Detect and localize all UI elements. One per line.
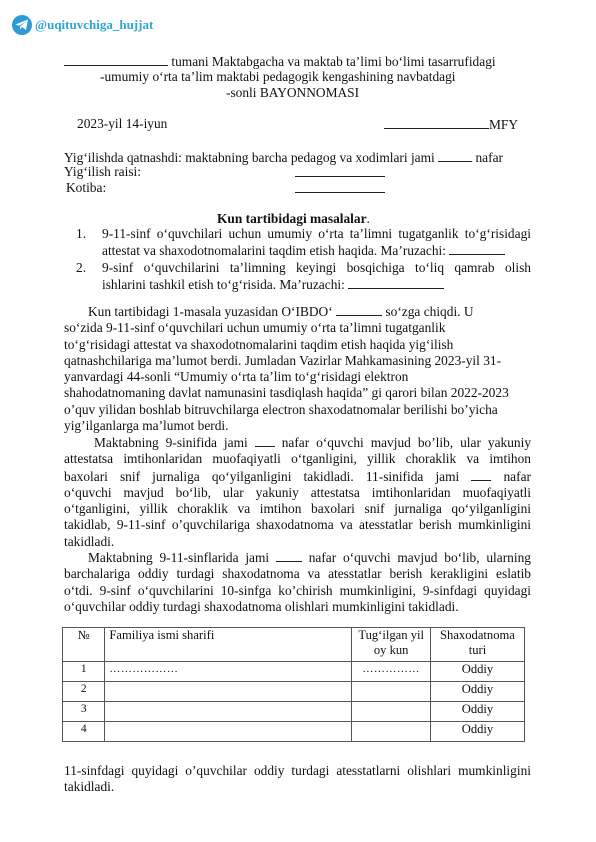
telegram-watermark: @uqituvchiga_hujjat [12, 15, 153, 35]
chair-label: Yig‘ilish raisi: [64, 164, 141, 180]
total-count-blank [276, 549, 302, 562]
secretary-blank [295, 180, 385, 197]
channel-handle: @uqituvchiga_hujjat [35, 17, 153, 33]
paragraph-3: Maktabning 9-11-sinflarida jami nafar o‘… [64, 549, 531, 615]
location-blank [384, 116, 489, 129]
speaker-2-blank [348, 276, 444, 289]
location-line: MFY [384, 116, 518, 133]
col-certificate-type: Shaxodatnoma turi [430, 628, 524, 662]
paragraph-2: Maktabning 9-sinifida jami nafar o‘quvch… [64, 434, 531, 550]
participants-count-blank [438, 149, 472, 162]
agenda-item-1: 1. 9-11-sinf o‘quvchilari uchun umumiy o… [64, 226, 531, 260]
title-line-3: -sonli BAYONNOMASI [226, 85, 359, 101]
agenda-list: 1. 9-11-sinf o‘quvchilari uchun umumiy o… [64, 226, 531, 293]
speaker-name-blank [336, 303, 382, 316]
table-row: 3 Oddiy [63, 702, 525, 722]
speaker-1-blank [449, 242, 505, 255]
students-table: № Familiya ismi sharifi Tug‘ilgan yil oy… [62, 627, 525, 742]
closing-paragraph: 11-sinfdagi quyidagi o’quvchilar oddiy t… [64, 763, 531, 796]
secretary-label: Kotiba: [66, 180, 106, 196]
title-line-1: tumani Maktabgacha va maktab ta’limi bo‘… [64, 53, 496, 70]
meeting-date: 2023-yil 14-iyun [77, 116, 167, 132]
agenda-item-2: 2. 9-sinf o‘quvchilarini ta’limning keyi… [64, 260, 531, 294]
chair-blank [295, 164, 385, 181]
table-row: 2 Oddiy [63, 682, 525, 702]
district-blank [64, 53, 168, 66]
agenda-heading: Kun tartibidagi masalalar. [217, 211, 370, 227]
telegram-icon [12, 15, 32, 35]
paragraph-1: Kun tartibidagi 1-masala yuzasidan O‘IBD… [64, 303, 531, 434]
table-row: 4 Oddiy [63, 722, 525, 742]
col-birth-date: Tug‘ilgan yil oy kun [352, 628, 431, 662]
table-row: 1 ……………… …………… Oddiy [63, 662, 525, 682]
table-header-row: № Familiya ismi sharifi Tug‘ilgan yil oy… [63, 628, 525, 662]
grade11-count-blank [471, 468, 491, 481]
col-full-name: Familiya ismi sharifi [105, 628, 352, 662]
grade9-count-blank [255, 434, 275, 447]
col-number: № [63, 628, 105, 662]
title-line-2: -umumiy o‘rta ta’lim maktabi pedagogik k… [100, 69, 456, 85]
